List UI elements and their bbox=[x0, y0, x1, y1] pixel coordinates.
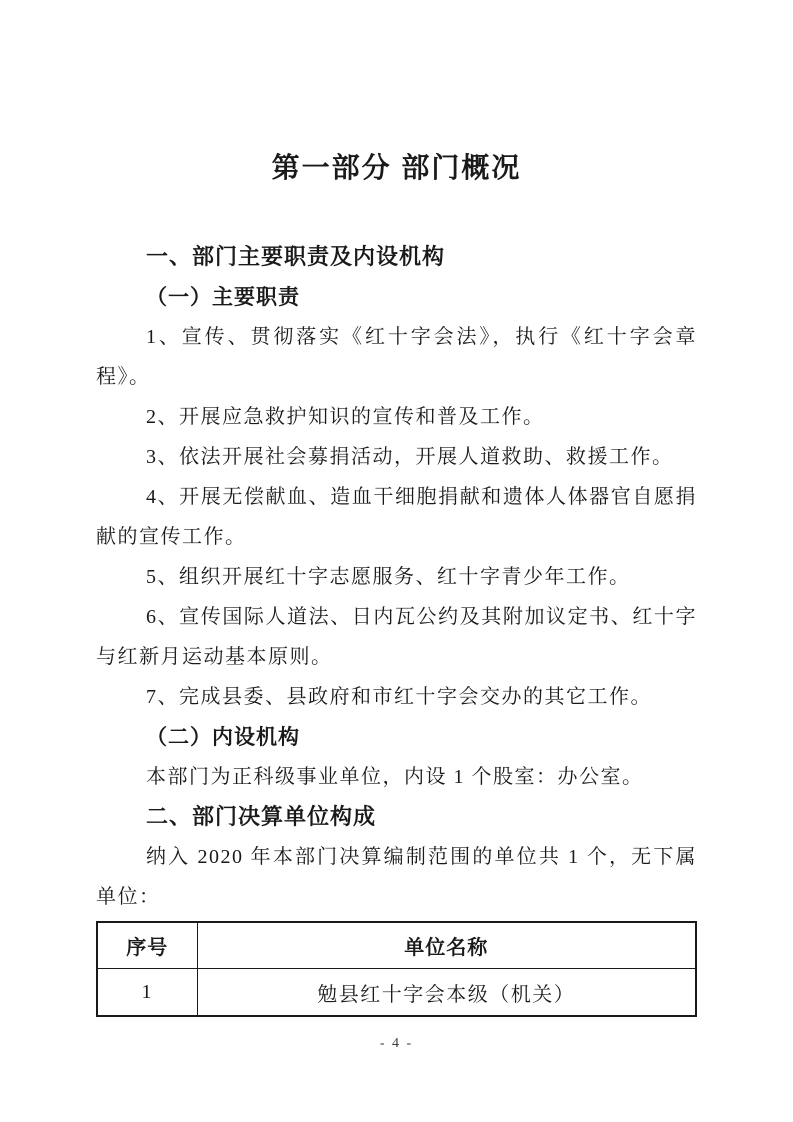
duty-item-5: 5、组织开展红十字志愿服务、红十字青少年工作。 bbox=[96, 557, 697, 597]
duty-item-4: 4、开展无偿献血、造血干细胞捐献和遗体人体器官自愿捐献的宣传工作。 bbox=[96, 477, 697, 557]
duty-item-6: 6、宣传国际人道法、日内瓦公约及其附加议定书、红十字与红新月运动基本原则。 bbox=[96, 597, 697, 677]
table-header-unit-name: 单位名称 bbox=[197, 922, 696, 969]
duty-item-3: 3、依法开展社会募捐活动，开展人道救助、救援工作。 bbox=[96, 437, 697, 477]
page-number: - 4 - bbox=[0, 1036, 793, 1052]
duty-item-2: 2、开展应急救护知识的宣传和普及工作。 bbox=[96, 397, 697, 437]
unit-composition-intro: 纳入 2020 年本部门决算编制范围的单位共 1 个，无下属单位： bbox=[96, 837, 697, 917]
table-cell-seq: 1 bbox=[97, 969, 197, 1017]
table-row: 1 勉县红十字会本级（机关） bbox=[97, 969, 696, 1017]
document-content: 第一部分 部门概况 一、部门主要职责及内设机构 （一）主要职责 1、宣传、贯彻落… bbox=[96, 0, 697, 1017]
duty-item-1: 1、宣传、贯彻落实《红十字会法》，执行《红十字会章程》。 bbox=[96, 317, 697, 397]
section-heading-unit-composition: 二、部门决算单位构成 bbox=[96, 797, 697, 837]
subsection-heading-main-duties: （一）主要职责 bbox=[96, 277, 697, 317]
duty-item-7: 7、完成县委、县政府和市红十字会交办的其它工作。 bbox=[96, 677, 697, 717]
subsection-heading-internal-org: （二）内设机构 bbox=[96, 717, 697, 757]
table-header-seq: 序号 bbox=[97, 922, 197, 969]
table-cell-unit-name: 勉县红十字会本级（机关） bbox=[197, 969, 696, 1017]
unit-table: 序号 单位名称 1 勉县红十字会本级（机关） bbox=[96, 921, 697, 1017]
section-heading-duties: 一、部门主要职责及内设机构 bbox=[96, 237, 697, 277]
doc-title: 第一部分 部门概况 bbox=[96, 146, 697, 190]
table-header-row: 序号 单位名称 bbox=[97, 922, 696, 969]
internal-org-body: 本部门为正科级事业单位，内设 1 个股室：办公室。 bbox=[96, 757, 697, 797]
document-page: 第一部分 部门概况 一、部门主要职责及内设机构 （一）主要职责 1、宣传、贯彻落… bbox=[0, 0, 793, 1122]
